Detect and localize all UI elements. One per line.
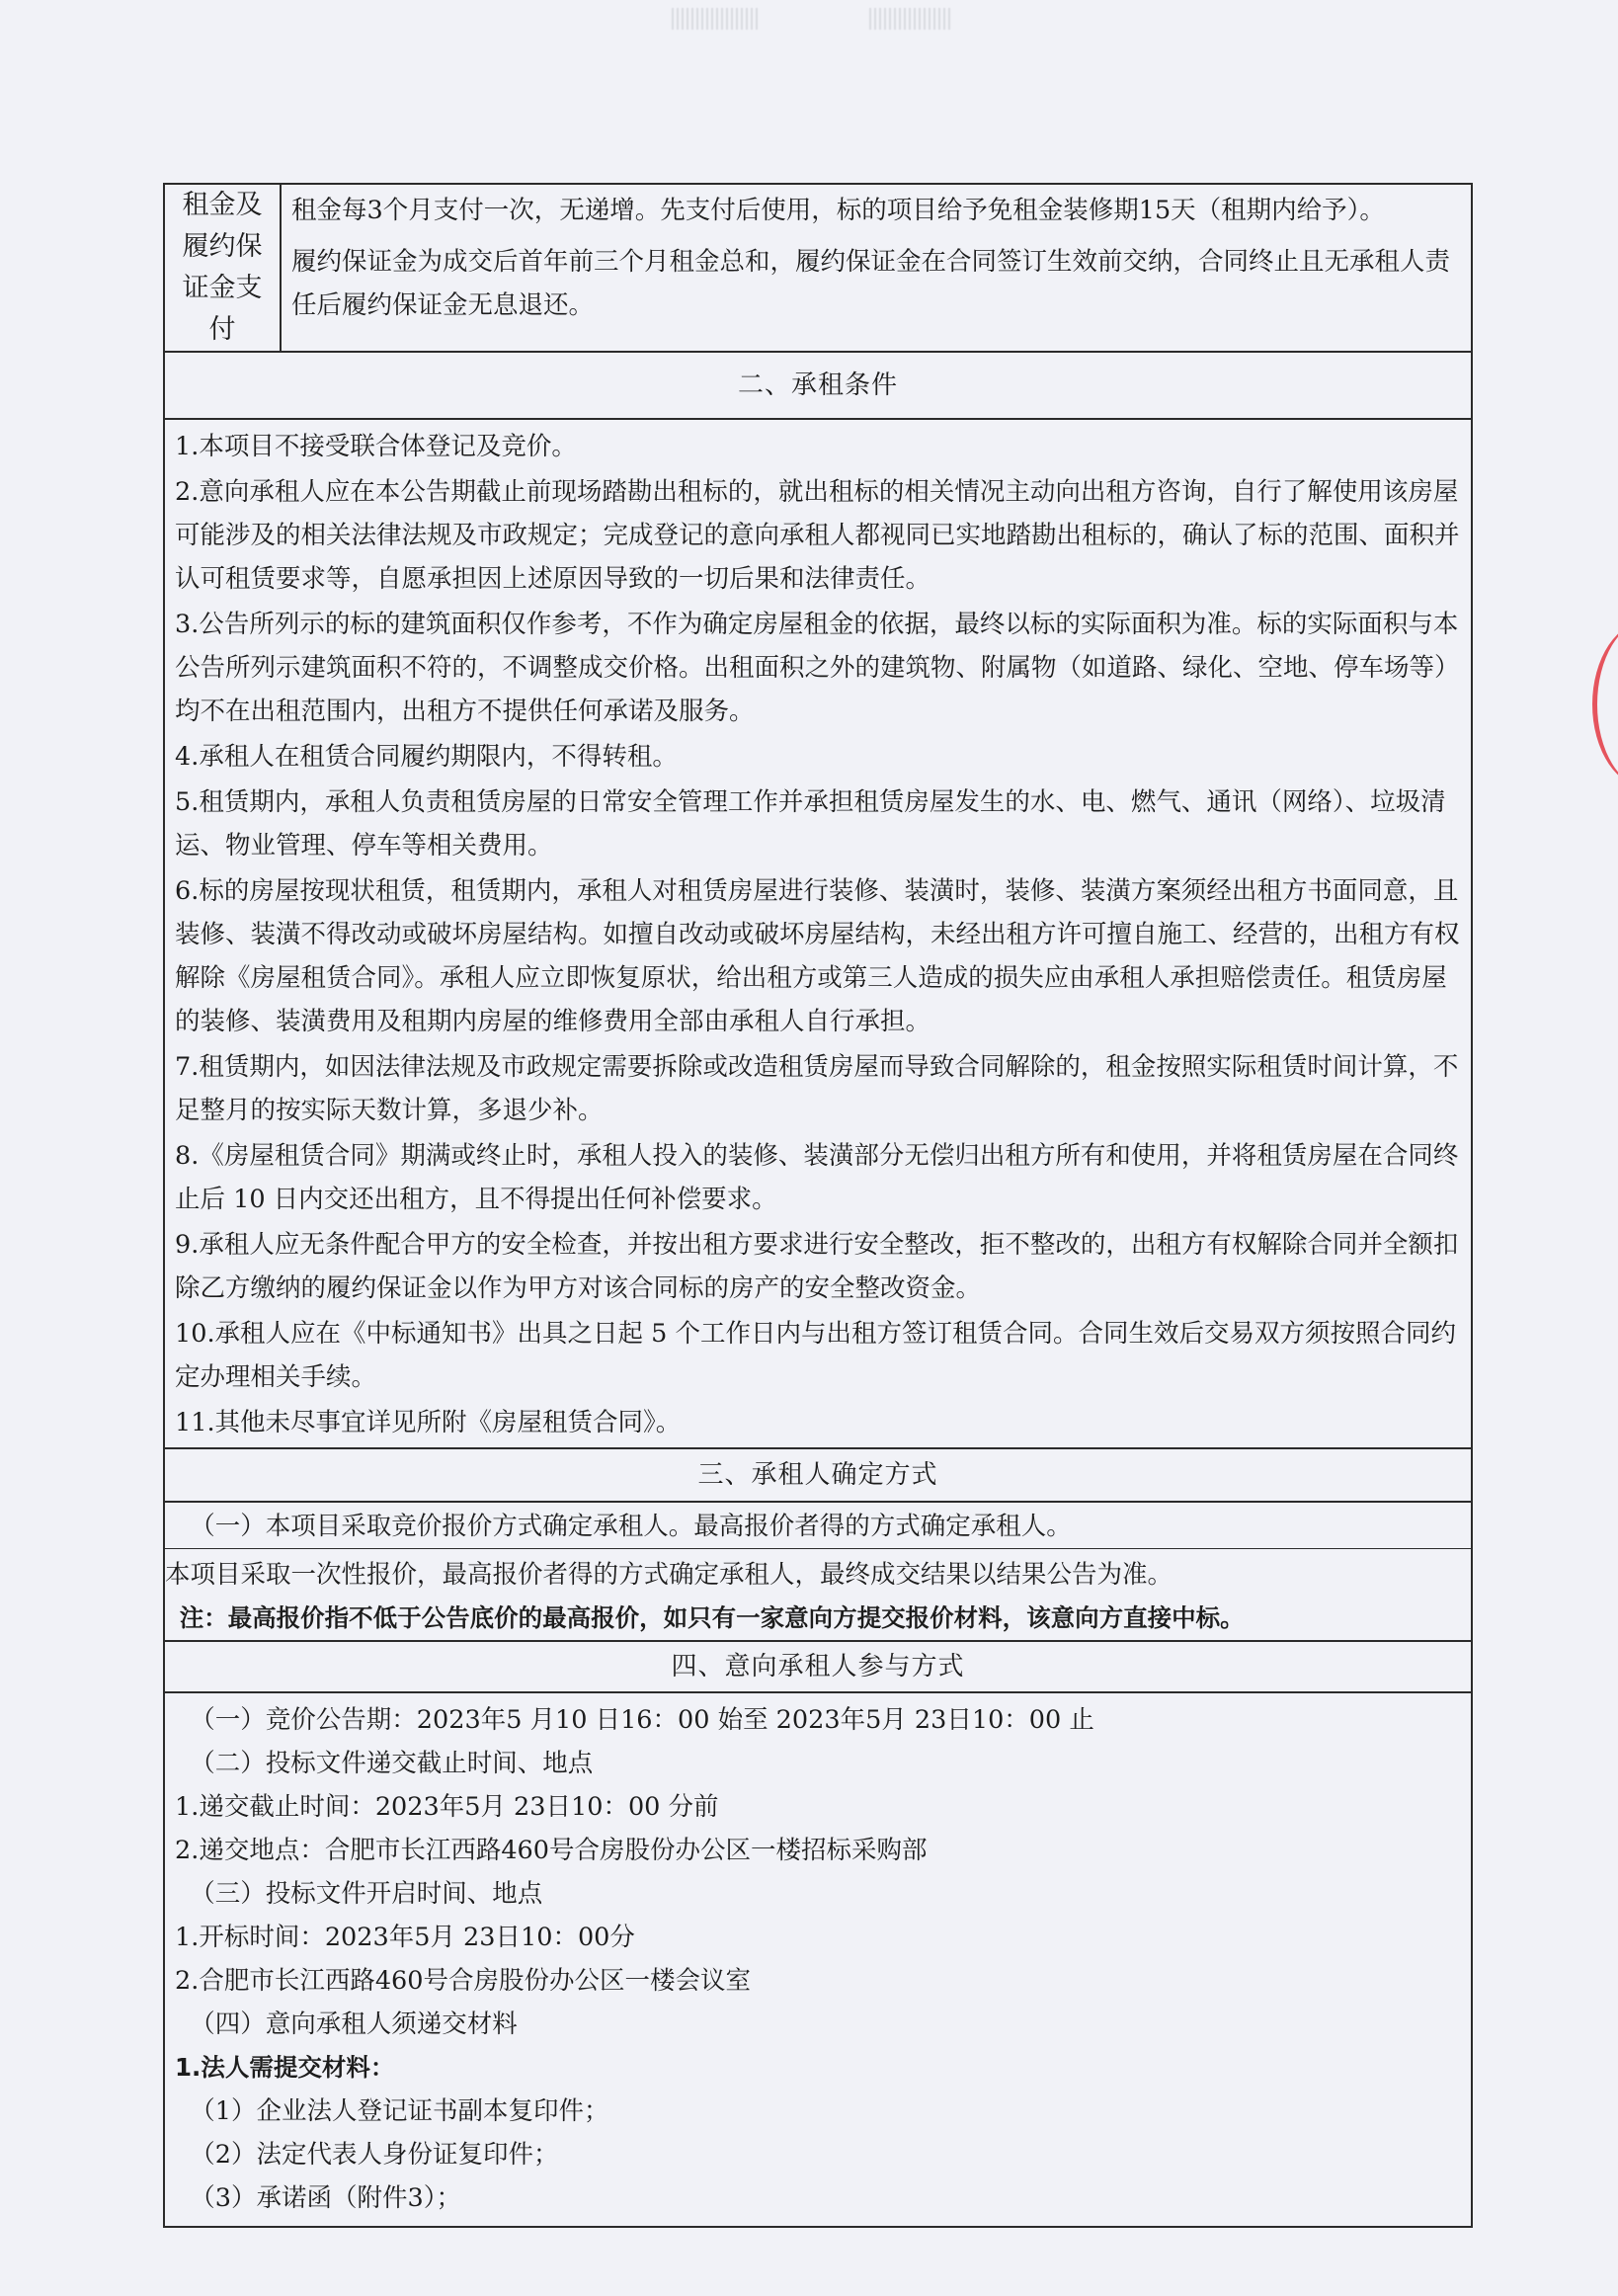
section2-title: 二、承租条件: [164, 352, 1472, 419]
condition-item-7: 7.租赁期内，如因法律法规及市政规定需要拆除或改造租赁房屋而导致合同解除的，租金…: [175, 1045, 1461, 1132]
condition-item-5: 5.租赁期内，承租人负责租赁房屋的日常安全管理工作并承担租赁房屋发生的水、电、燃…: [175, 780, 1461, 867]
material-item-3: （3）承诺函（附件3）；: [175, 2176, 1461, 2220]
scan-smudge-right: [869, 8, 953, 30]
condition-item-1: 1.本项目不接受联合体登记及竞价。: [175, 425, 1461, 468]
submission-heading: （二）投标文件递交截止时间、地点: [175, 1742, 1461, 1785]
rent-payment-paragraph-2: 履约保证金为成交后首年前三个月租金总和，履约保证金在合同签订生效前交纳，合同终止…: [291, 240, 1461, 327]
condition-item-3: 3.公告所列示的标的建筑面积仅作参考，不作为确定房屋租金的依据，最终以标的实际面…: [175, 603, 1461, 733]
condition-item-4: 4.承租人在租赁合同履约期限内，不得转租。: [175, 735, 1461, 779]
bidding-period: （一）竞价公告期：2023年5 月10 日16：00 始至 2023年5月 23…: [175, 1698, 1461, 1742]
section4-content-row: （一）竞价公告期：2023年5 月10 日16：00 始至 2023年5月 23…: [164, 1692, 1472, 2227]
scan-smudge-left: [672, 8, 761, 30]
section2-content-row: 1.本项目不接受联合体登记及竞价。 2.意向承租人应在本公告期截止前现场踏勘出租…: [164, 419, 1472, 1448]
section3-header-row: 三、承租人确定方式: [164, 1448, 1472, 1502]
material-item-2: （2）法定代表人身份证复印件；: [175, 2133, 1461, 2176]
condition-item-2: 2.意向承租人应在本公告期截止前现场踏勘出租标的，就出租标的相关情况主动向出租方…: [175, 470, 1461, 601]
material-item-1: （1）企业法人登记证书副本复印件；: [175, 2090, 1461, 2133]
scan-artifact-top: [0, 0, 1618, 59]
condition-item-8: 8.《房屋租赁合同》期满或终止时，承租人投入的装修、装潢部分无偿归出租方所有和使…: [175, 1134, 1461, 1221]
condition-item-10: 10.承租人应在《中标通知书》出具之日起 5 个工作日内与出租方签订租赁合同。合…: [175, 1312, 1461, 1399]
announcement-table: 租金及履约保证金支付 租金每3个月支付一次，无递增。先支付后使用，标的项目给予免…: [163, 183, 1473, 2228]
rent-payment-paragraph-1: 租金每3个月支付一次，无递增。先支付后使用，标的项目给予免租金装修期15天（租期…: [291, 189, 1461, 232]
section2-header-row: 二、承租条件: [164, 352, 1472, 419]
section3-title: 三、承租人确定方式: [164, 1448, 1472, 1502]
section4-header-row: 四、意向承租人参与方式: [164, 1641, 1472, 1692]
condition-item-9: 9.承租人应无条件配合甲方的安全检查，并按出租方要求进行安全整改，拒不整改的，出…: [175, 1223, 1461, 1310]
condition-item-11: 11.其他未尽事宜详见所附《房屋租赁合同》。: [175, 1401, 1461, 1444]
rent-payment-row: 租金及履约保证金支付 租金每3个月支付一次，无递增。先支付后使用，标的项目给予免…: [164, 184, 1472, 352]
section3-method-row: （一）本项目采取竞价报价方式确定承租人。最高报价者得的方式确定承租人。: [164, 1502, 1472, 1549]
section2-list: 1.本项目不接受联合体登记及竞价。 2.意向承租人应在本公告期截止前现场踏勘出租…: [164, 419, 1472, 1448]
section3-detail-cell: 本项目采取一次性报价，最高报价者得的方式确定承租人，最终成交结果以结果公告为准。…: [164, 1549, 1472, 1642]
section3-note: 注：最高报价指不低于公告底价的最高报价，如只有一家意向方提交报价材料，该意向方直…: [165, 1597, 1461, 1640]
submission-deadline: 1.递交截止时间：2023年5月 23日10：00 分前: [175, 1785, 1461, 1829]
rent-payment-label: 租金及履约保证金支付: [164, 184, 281, 352]
section3-method: （一）本项目采取竞价报价方式确定承租人。最高报价者得的方式确定承租人。: [164, 1502, 1472, 1549]
condition-item-6: 6.标的房屋按现状租赁，租赁期内，承租人对租赁房屋进行装修、装潢时，装修、装潢方…: [175, 869, 1461, 1043]
opening-heading: （三）投标文件开启时间、地点: [175, 1872, 1461, 1916]
opening-location: 2.合肥市长江西路460号合房股份办公区一楼会议室: [175, 1959, 1461, 2003]
section4-list: （一）竞价公告期：2023年5 月10 日16：00 始至 2023年5月 23…: [164, 1692, 1472, 2227]
materials-heading: （四）意向承租人须递交材料: [175, 2003, 1461, 2046]
section3-detail-row: 本项目采取一次性报价，最高报价者得的方式确定承租人，最终成交结果以结果公告为准。…: [164, 1549, 1472, 1642]
red-seal-fragment-icon: [1592, 620, 1618, 788]
section4-title: 四、意向承租人参与方式: [164, 1641, 1472, 1692]
submission-location: 2.递交地点：合肥市长江西路460号合房股份办公区一楼招标采购部: [175, 1829, 1461, 1872]
opening-time: 1.开标时间：2023年5月 23日10：00分: [175, 1916, 1461, 1959]
rent-payment-content: 租金每3个月支付一次，无递增。先支付后使用，标的项目给予免租金装修期15天（租期…: [281, 184, 1472, 352]
legal-person-materials-heading: 1.法人需提交材料：: [175, 2046, 1461, 2090]
section3-detail: 本项目采取一次性报价，最高报价者得的方式确定承租人，最终成交结果以结果公告为准。: [165, 1553, 1461, 1597]
